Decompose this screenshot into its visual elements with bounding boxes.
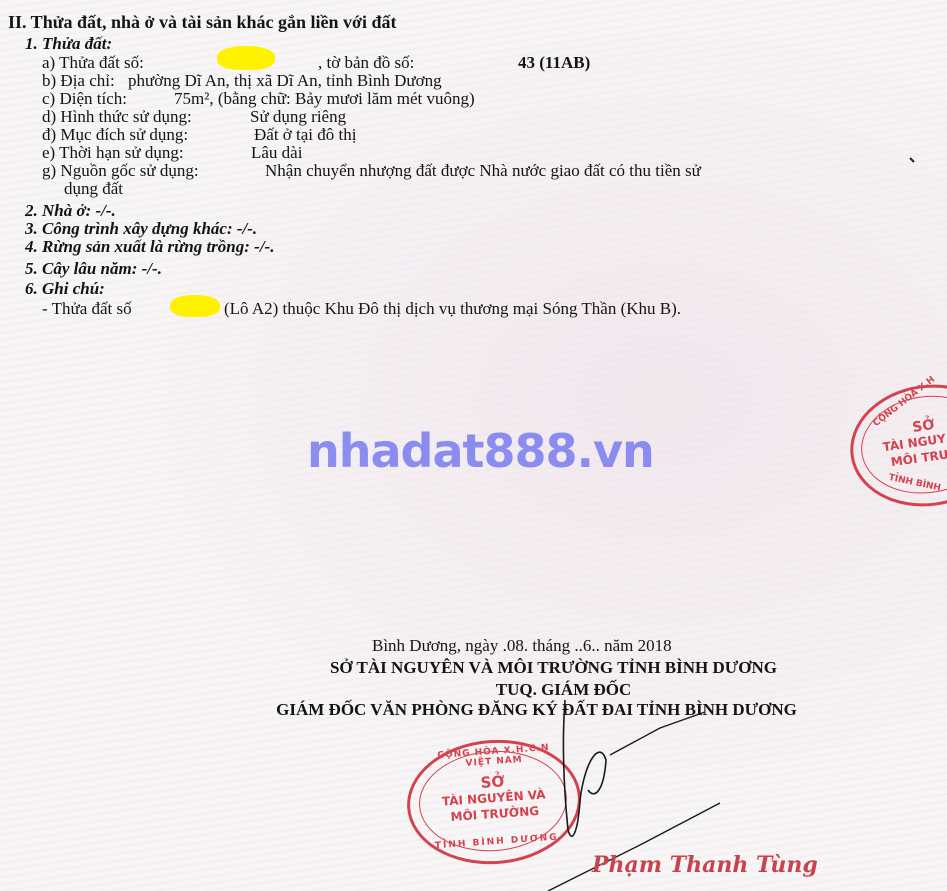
certificate-page: II. Thửa đất, nhà ở và tài sản khác gắn …: [0, 0, 947, 891]
signer-name: Phạm Thanh Tùng: [592, 852, 818, 878]
handwritten-signature-strokes: [0, 0, 947, 891]
